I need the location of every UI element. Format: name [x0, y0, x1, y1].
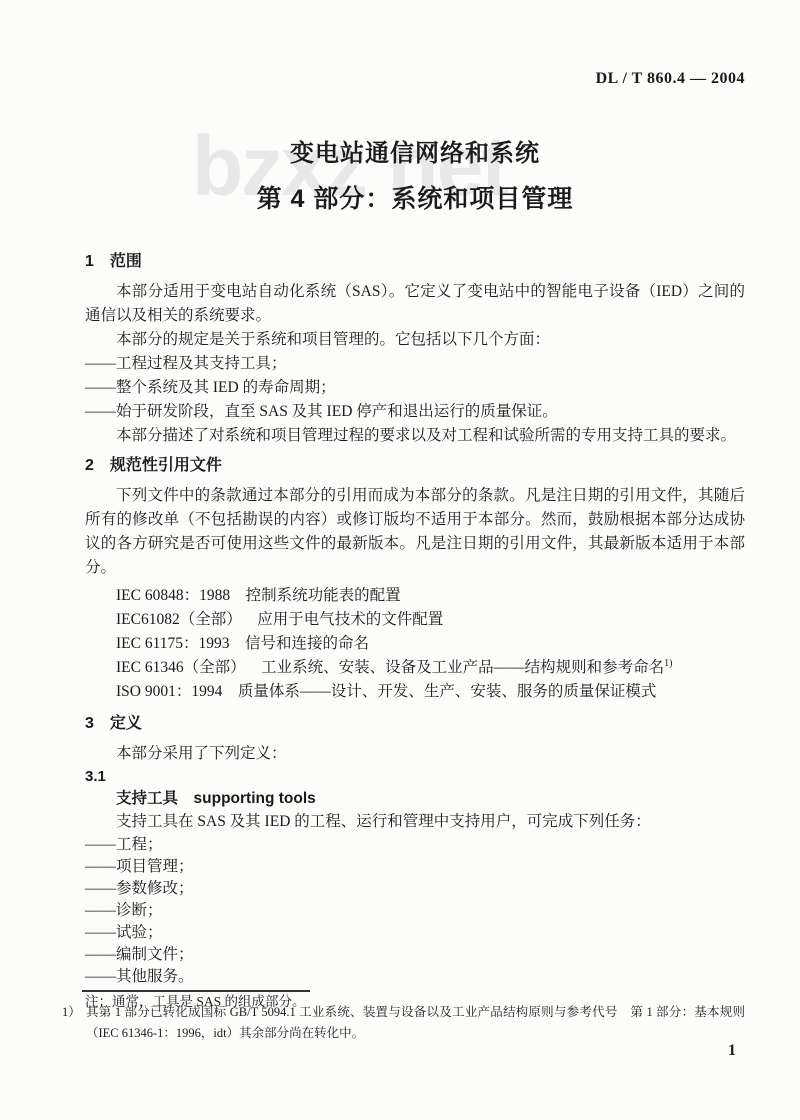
reference-title: 工业系统、安装、设备及工业产品——结构规则和参考命名 — [261, 659, 664, 676]
footnote-area: 1） 其第 1 部分已转化成国标 GB/T 5094.1 工业系统、装置与设备以… — [62, 990, 745, 1044]
page-number: 1 — [728, 1042, 736, 1060]
reference-title: 质量体系——设计、开发、生产、安装、服务的质量保证模式 — [238, 683, 657, 700]
footnote-text: 其第 1 部分已转化成国标 GB/T 5094.1 工业系统、装置与设备以及工业… — [86, 1002, 745, 1044]
page-header: DL / T 860.4 — 2004 — [85, 70, 745, 88]
section-3-heading: 3 定义 — [85, 714, 745, 734]
reference-code: ISO 9001：1994 — [116, 683, 222, 700]
subsection-number: 3.1 — [85, 766, 745, 788]
reference-title: 信号和连接的命名 — [245, 635, 369, 652]
section-3-paragraph-1: 本部分采用了下列定义： — [85, 742, 745, 766]
section-2-paragraph-1: 下列文件中的条款通过本部分的引用而成为本部分的条款。凡是注日期的引用文件，其随后… — [85, 484, 745, 580]
term-zh: 支持工具 — [116, 790, 178, 807]
list-item: ——工程； — [85, 834, 745, 856]
section-1-paragraph-1: 本部分适用于变电站自动化系统（SAS）。它定义了变电站中的智能电子设备（IED）… — [85, 280, 745, 328]
reference-item: IEC 61175：1993信号和连接的命名 — [85, 632, 745, 656]
page-content: DL / T 860.4 — 2004 变电站通信网络和系统 第 4 部分：系统… — [0, 0, 800, 1012]
section-3-dash-list: ——工程； ——项目管理； ——参数修改； ——诊断； ——试验； ——编制文件… — [85, 834, 745, 988]
doc-title-line1: 变电站通信网络和系统 — [85, 138, 745, 170]
section-1-heading: 1 范围 — [85, 252, 745, 272]
doc-title-line2: 第 4 部分：系统和项目管理 — [85, 182, 745, 216]
footnote-marker: 1） — [62, 1002, 86, 1044]
section-1-paragraph-3: 本部分描述了对系统和项目管理过程的要求以及对工程和试验所需的专用支持工具的要求。 — [85, 424, 745, 448]
list-item: ——工程过程及其支持工具； — [85, 352, 745, 376]
list-item: ——项目管理； — [85, 856, 745, 878]
definition-intro: 支持工具在 SAS 及其 IED 的工程、运行和管理中支持用户，可完成下列任务： — [85, 810, 745, 834]
reference-title: 控制系统功能表的配置 — [246, 587, 401, 604]
reference-item: IEC 60848：1988控制系统功能表的配置 — [85, 584, 745, 608]
document-page: bzxz net DL / T 860.4 — 2004 变电站通信网络和系统 … — [0, 0, 800, 1120]
reference-code: IEC 61175：1993 — [116, 635, 230, 652]
list-item: ——试验； — [85, 922, 745, 944]
section-2-heading: 2 规范性引用文件 — [85, 456, 745, 476]
list-item: ——始于研发阶段，直至 SAS 及其 IED 停产和退出运行的质量保证。 — [85, 400, 745, 424]
list-item: ——诊断； — [85, 900, 745, 922]
footnote-mark: 1) — [664, 658, 672, 669]
list-item: ——其他服务。 — [85, 966, 745, 988]
reference-item: IEC61082（全部）应用于电气技术的文件配置 — [85, 608, 745, 632]
section-1-paragraph-2: 本部分的规定是关于系统和项目管理的。它包括以下几个方面： — [85, 328, 745, 352]
reference-item: IEC 61346（全部）工业系统、安装、设备及工业产品——结构规则和参考命名1… — [85, 656, 745, 680]
term-definition-heading: 支持工具supporting tools — [85, 788, 745, 810]
reference-code: IEC 61346（全部） — [116, 659, 246, 676]
footnote: 1） 其第 1 部分已转化成国标 GB/T 5094.1 工业系统、装置与设备以… — [62, 1002, 745, 1044]
footnote-separator — [82, 990, 310, 992]
term-en: supporting tools — [194, 790, 316, 807]
reference-item: ISO 9001：1994质量体系——设计、开发、生产、安装、服务的质量保证模式 — [85, 680, 745, 704]
reference-title: 应用于电气技术的文件配置 — [257, 611, 443, 628]
reference-list: IEC 60848：1988控制系统功能表的配置 IEC61082（全部）应用于… — [85, 584, 745, 704]
list-item: ——编制文件； — [85, 944, 745, 966]
list-item: ——整个系统及其 IED 的寿命周期； — [85, 376, 745, 400]
section-1-dash-list: ——工程过程及其支持工具； ——整个系统及其 IED 的寿命周期； ——始于研发… — [85, 352, 745, 424]
reference-code: IEC 60848：1988 — [116, 587, 230, 604]
reference-code: IEC61082（全部） — [116, 611, 242, 628]
list-item: ——参数修改； — [85, 878, 745, 900]
